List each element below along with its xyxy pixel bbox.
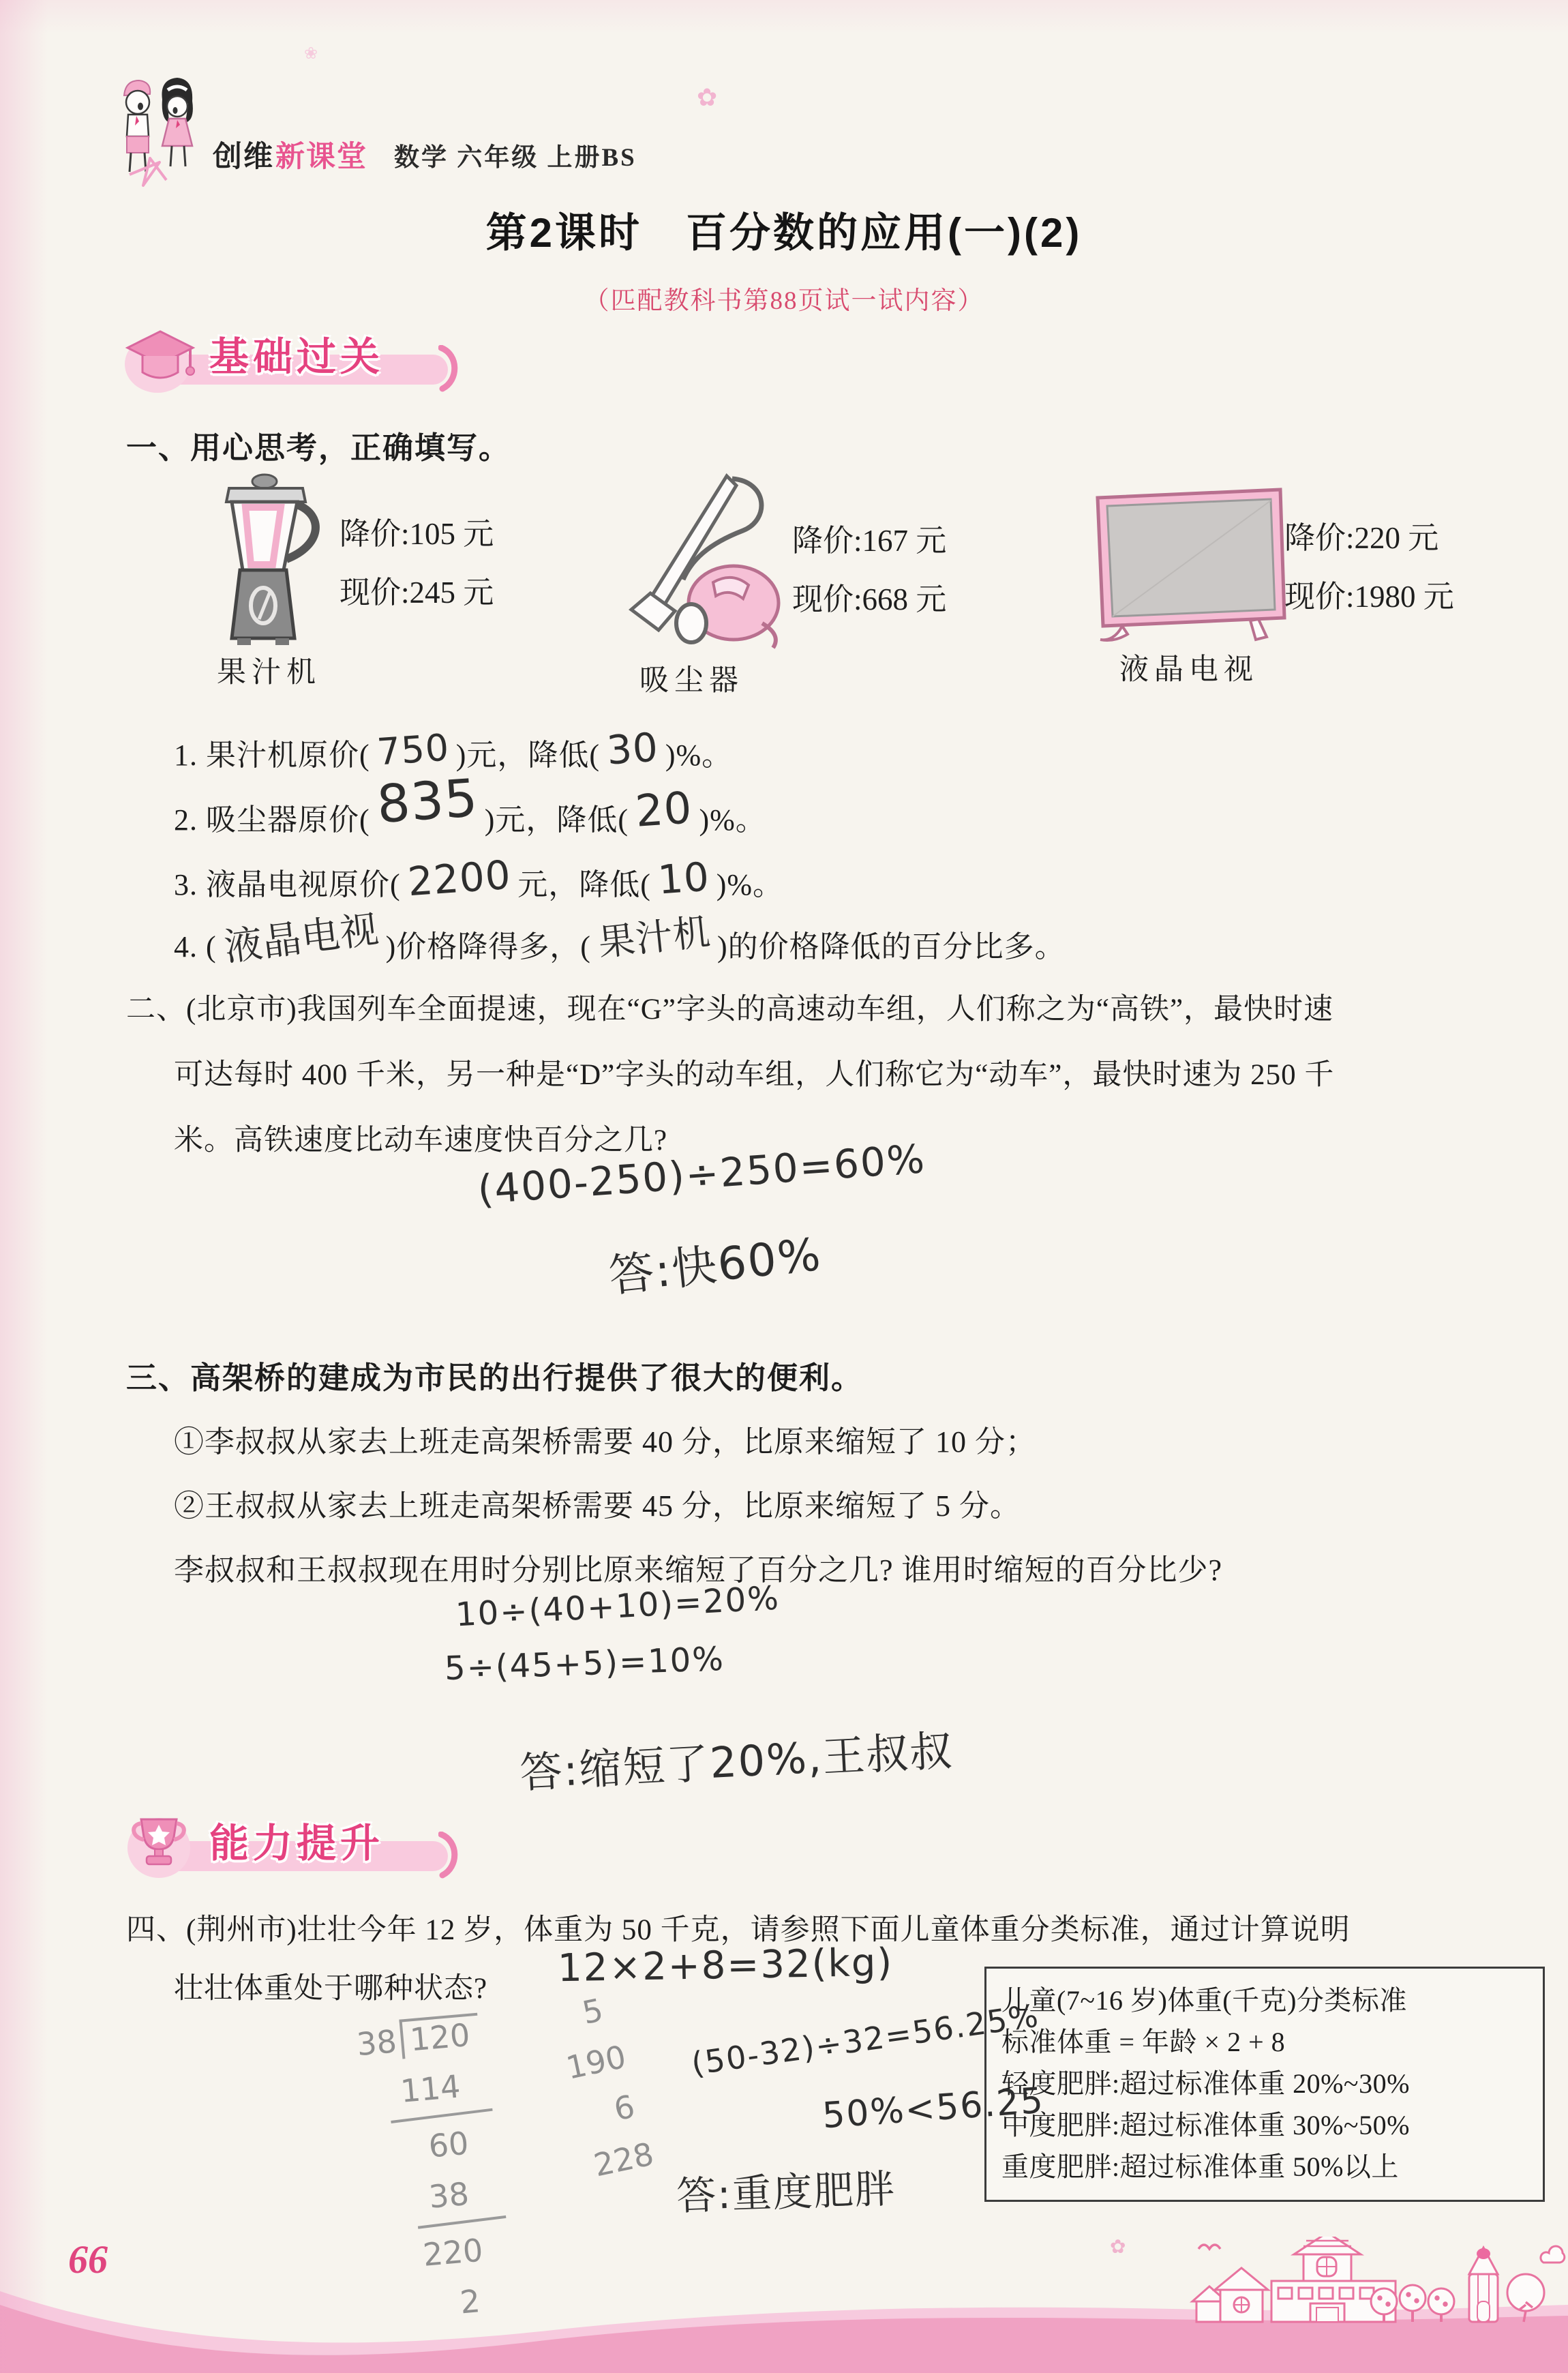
- q1-item-1: 1. 果汁机原价(750)元，降低(30)%。: [174, 728, 732, 775]
- lesson-title: 第2课时 百分数的应用(一)(2): [0, 200, 1568, 259]
- graduation-cap-icon: [122, 322, 202, 395]
- current-price: 现价:245 元: [340, 563, 494, 622]
- handwritten-blank: 835: [375, 767, 480, 835]
- q3-handwritten-answer: 答:缩短了20%,王叔叔: [518, 1716, 954, 1800]
- edition-text: 数学 六年级 上册BS: [394, 136, 637, 173]
- product-label-tv: 液晶电视: [1119, 646, 1258, 688]
- pencil-side-work: 5 190 6 228: [547, 1980, 658, 2192]
- handwritten-blank: 750: [376, 726, 451, 773]
- standards-line: 重度肥胖:超过标准体重 50%以上: [1001, 2146, 1528, 2188]
- item-text: 4. (: [174, 930, 217, 964]
- item-text: )元，降低(: [456, 738, 600, 772]
- ribbon-curl-icon: [438, 345, 466, 393]
- handwritten-blank: 液晶电视: [221, 899, 382, 972]
- brand-text-black: 创维: [213, 134, 274, 175]
- q3-item-1: ①李叔叔从家去上班走高架桥需要 40 分，比原来缩短了 10 分；: [174, 1417, 1036, 1461]
- item-text: )%。: [717, 868, 783, 901]
- item-text: 元，降低(: [517, 868, 651, 901]
- item-text: 3. 液晶电视原价(: [174, 868, 401, 901]
- q1-stem: 一、用心思考，正确填写。: [126, 423, 511, 467]
- current-price: 现价:668 元: [792, 570, 946, 629]
- section-badge-advanced: 能力提升: [119, 1811, 474, 1879]
- item-text: 1. 果汁机原价(: [174, 738, 370, 772]
- handwritten-blank: 30: [605, 723, 660, 773]
- q1-item-3: 3. 液晶电视原价(2200元，降低(10)%。: [174, 858, 783, 904]
- handwritten-blank: 2200: [406, 852, 512, 905]
- q2-handwritten-answer: 答:快60%: [605, 1218, 824, 1304]
- ribbon-curl-icon: [438, 1832, 466, 1879]
- pencil-row: 114: [398, 2058, 496, 2117]
- handwritten-blank: 10: [657, 853, 711, 903]
- item-text: )元，降低(: [485, 803, 629, 837]
- bottom-wave-and-village: [0, 2237, 1568, 2373]
- standards-line: 儿童(7~16 岁)体重(千克)分类标准: [1001, 1980, 1528, 2021]
- pencil-number: 120: [399, 2013, 481, 2059]
- q4-stem-2: 壮壮体重处于哪种状态?: [174, 1965, 487, 2007]
- current-price: 现价:1980 元: [1284, 567, 1454, 626]
- kids-logo: [109, 60, 211, 190]
- q1-item-4: 4. (液晶电视)价格降得多，(果汁机)的价格降低的百分比多。: [174, 914, 1066, 968]
- q3-item-2: ②王叔叔从家去上班走高架桥需要 45 分，比原来缩短了 5 分。: [174, 1481, 1021, 1525]
- discount-price: 降价:220 元: [1284, 509, 1454, 567]
- q3-handwritten-work-2: 5÷(45+5)=10%: [444, 1640, 725, 1688]
- q4-handwritten-answer: 答:重度肥胖: [676, 2156, 896, 2221]
- weight-standards-box: 儿童(7~16 岁)体重(千克)分类标准 标准体重 = 年龄 × 2 + 8 轻…: [984, 1967, 1545, 2202]
- q3-question: 李叔叔和王叔叔现在用时分别比原来缩短了百分之几? 谁用时缩短的百分比少?: [174, 1545, 1222, 1589]
- price-block-tv: 降价:220 元 现价:1980 元: [1284, 509, 1454, 626]
- q2-line-3: 米。高铁速度比动车速度快百分之几?: [174, 1117, 667, 1159]
- item-text: )的价格降低的百分比多。: [717, 930, 1066, 964]
- standards-line: 标准体重 = 年龄 × 2 + 8: [1001, 2021, 1528, 2063]
- pencil-row: 228: [589, 2129, 658, 2191]
- price-block-juicer: 降价:105 元 现价:245 元: [340, 505, 494, 622]
- q3-stem: 三、高架桥的建成为市民的出行提供了很大的便利。: [126, 1353, 863, 1397]
- flower-icon: ❀: [304, 44, 318, 63]
- product-label-vacuum: 吸尘器: [639, 657, 744, 699]
- pencil-row: 60: [427, 2115, 502, 2172]
- q2-line-2: 可达每时 400 千米，另一种是“D”字头的动车组，人们称它为“动车”，最快时速…: [174, 1051, 1334, 1093]
- item-text: )价格降得多，(: [386, 930, 591, 964]
- lesson-subtitle: （匹配教科书第88页试一试内容）: [0, 280, 1568, 316]
- handwritten-blank: 果汁机: [595, 903, 712, 967]
- brand-text-pink: 新课堂: [275, 134, 367, 175]
- pencil-row: 38: [427, 2165, 506, 2222]
- q2-line-1: 二、(北京市)我国列车全面提速，现在“G”字头的高速动车组，人们称之为“高铁”，…: [126, 986, 1333, 1028]
- tv-image: [1089, 487, 1293, 646]
- workbook-page: 创维 新课堂 数学 六年级 上册BS ✿ ❀ 第2课时 百分数的应用(一)(2)…: [0, 0, 1568, 2373]
- q4-stem-1: 四、(荆州市)壮壮今年 12 岁，体重为 50 千克，请参照下面儿童体重分类标准…: [126, 1907, 1351, 1948]
- discount-price: 降价:105 元: [340, 505, 494, 563]
- pencil-number: 38: [355, 2023, 398, 2063]
- standards-line: 轻度肥胖:超过标准体重 20%~30%: [1001, 2063, 1528, 2104]
- discount-price: 降价:167 元: [792, 511, 946, 570]
- pencil-row: 6: [609, 2079, 648, 2134]
- q1-item-2: 2. 吸尘器原价(835)元，降低(20)%。: [174, 781, 766, 842]
- handwritten-blank: 20: [634, 783, 694, 837]
- item-text: 2. 吸尘器原价(: [174, 803, 370, 837]
- vacuum-image: [601, 471, 787, 660]
- flower-icon: ✿: [1110, 2235, 1126, 2258]
- product-label-juicer: 果汁机: [217, 649, 321, 691]
- item-text: )%。: [665, 738, 732, 772]
- badge-label: 基础过关: [209, 325, 384, 382]
- price-block-vacuum: 降价:167 元 现价:668 元: [792, 511, 946, 629]
- item-text: )%。: [699, 803, 766, 837]
- flower-icon: ✿: [697, 83, 717, 112]
- juicer-image: [205, 472, 334, 648]
- badge-label: 能力提升: [209, 1811, 384, 1868]
- standards-line: 中度肥胖:超过标准体重 30%~50%: [1001, 2104, 1528, 2146]
- trophy-icon: [123, 1807, 200, 1882]
- section-badge-basic: 基础过关: [119, 325, 474, 393]
